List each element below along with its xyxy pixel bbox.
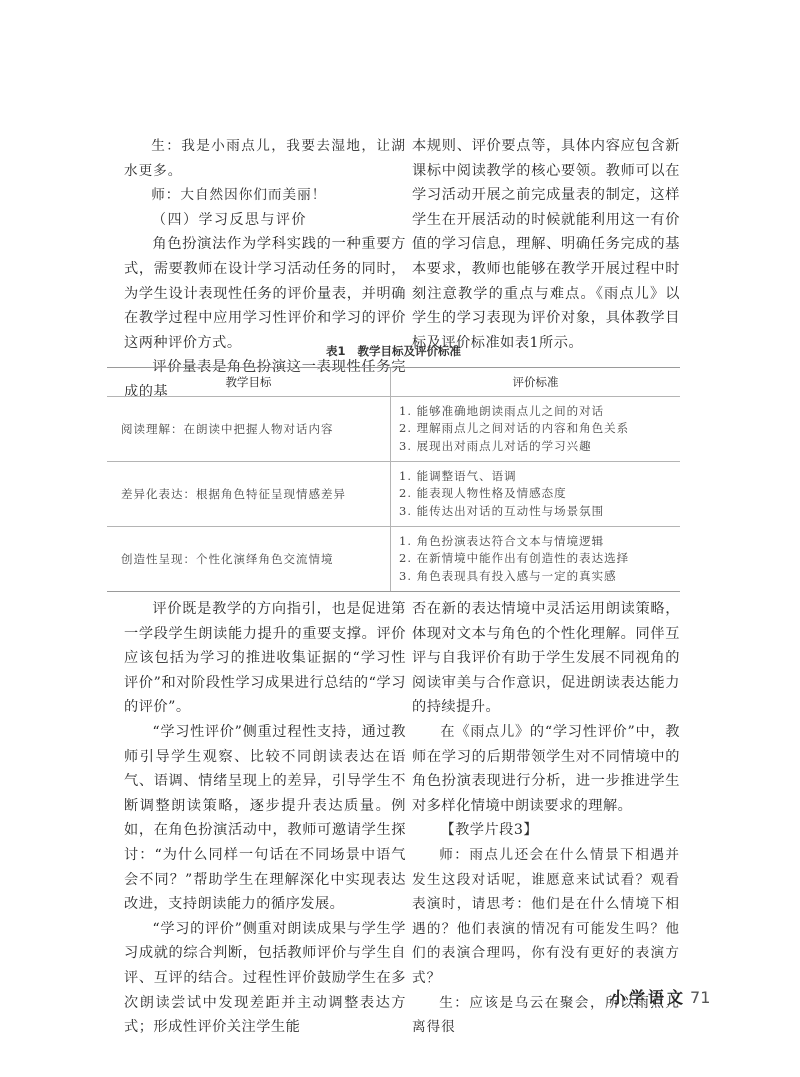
criteria-cell: 1. 角色扮演表达符合文本与情境逻辑 2. 在新情境中能作出有创造性的表达选择 … bbox=[391, 527, 681, 592]
table-number: 表1 bbox=[326, 344, 346, 358]
table-row: 阅读理解：在朗读中把握人物对话内容 1. 能够准确地朗读雨点儿之间的对话 2. … bbox=[107, 397, 680, 462]
paragraph: “学习性评价”侧重过程性支持，通过教师引导学生观察、比较不同朗读表达在语气、语调… bbox=[124, 720, 406, 917]
criterion-item: 2. 在新情境中能作出有创造性的表达选择 bbox=[399, 550, 679, 568]
criterion-item: 1. 能够准确地朗读雨点儿之间的对话 bbox=[399, 403, 679, 421]
paragraph: 角色扮演法作为学科实践的一种重要方式，需要教师在设计学习活动任务的同时，为学生设… bbox=[124, 232, 406, 355]
goal-cell: 创造性呈现：个性化演绎角色交流情境 bbox=[107, 527, 391, 592]
table-row: 差异化表达：根据角色特征呈现情感差异 1. 能调整语气、语调 2. 能表现人物性… bbox=[107, 462, 680, 527]
left-column-top: 生：我是小雨点儿，我要去湿地，让湖水更多。 师：大自然因你们而美丽！ （四）学习… bbox=[124, 134, 406, 405]
page-number: 71 bbox=[690, 988, 710, 1007]
dialog-teacher-line: 师：雨点儿还会在什么情景下相遇并发生这段对话呢，谁愿意来试试看？观看表演时，请思… bbox=[412, 843, 680, 991]
paragraph: 在《雨点儿》的“学习性评价”中，教师在学习的后期带领学生对不同情境中的角色扮演表… bbox=[412, 720, 680, 818]
criterion-item: 1. 角色扮演表达符合文本与情境逻辑 bbox=[399, 533, 679, 551]
criterion-item: 1. 能调整语气、语调 bbox=[399, 468, 679, 486]
criterion-item: 3. 能传达出对话的互动性与场景氛围 bbox=[399, 503, 679, 521]
paragraph: “学习的评价”侧重对朗读成果与学生学习成就的综合判断，包括教师评价与学生自评、互… bbox=[124, 917, 406, 1040]
table-header-row: 教学目标 评价标准 bbox=[107, 368, 680, 397]
section-heading: （四）学习反思与评价 bbox=[124, 208, 406, 233]
segment-label: 【教学片段3】 bbox=[412, 818, 680, 843]
column-header-goal: 教学目标 bbox=[107, 368, 391, 397]
column-header-criteria: 评价标准 bbox=[391, 368, 681, 397]
table-caption: 表1教学目标及评价标准 bbox=[107, 343, 680, 359]
dialog-student-line: 生：我是小雨点儿，我要去湿地，让湖水更多。 bbox=[124, 134, 406, 183]
criterion-item: 3. 角色表现具有投入感与一定的真实感 bbox=[399, 568, 679, 586]
page-footer: 小学语文71 bbox=[610, 985, 710, 1008]
criteria-cell: 1. 能够准确地朗读雨点儿之间的对话 2. 理解雨点儿之间对话的内容和角色关系 … bbox=[391, 397, 681, 462]
criterion-item: 2. 能表现人物性格及情感态度 bbox=[399, 485, 679, 503]
table-row: 创造性呈现：个性化演绎角色交流情境 1. 角色扮演表达符合文本与情境逻辑 2. … bbox=[107, 527, 680, 592]
criterion-item: 3. 展现出对雨点儿对话的学习兴趣 bbox=[399, 438, 679, 456]
goal-cell: 差异化表达：根据角色特征呈现情感差异 bbox=[107, 462, 391, 527]
criteria-cell: 1. 能调整语气、语调 2. 能表现人物性格及情感态度 3. 能传达出对话的互动… bbox=[391, 462, 681, 527]
left-column-bottom: 评价既是教学的方向指引，也是促进第一学段学生朗读能力提升的重要支撑。评价应该包括… bbox=[124, 597, 406, 1040]
right-column-top: 本规则、评价要点等，具体内容应包含新课标中阅读教学的核心要领。教师可以在学习活动… bbox=[412, 134, 680, 355]
paragraph: 本规则、评价要点等，具体内容应包含新课标中阅读教学的核心要领。教师可以在学习活动… bbox=[412, 134, 680, 355]
journal-name: 小学语文 bbox=[610, 988, 686, 1007]
right-column-bottom: 否在新的表达情境中灵活运用朗读策略，体现对文本与角色的个性化理解。同伴互评与自我… bbox=[412, 597, 680, 1040]
goal-cell: 阅读理解：在朗读中把握人物对话内容 bbox=[107, 397, 391, 462]
evaluation-table: 教学目标 评价标准 阅读理解：在朗读中把握人物对话内容 1. 能够准确地朗读雨点… bbox=[107, 367, 680, 592]
paragraph: 否在新的表达情境中灵活运用朗读策略，体现对文本与角色的个性化理解。同伴互评与自我… bbox=[412, 597, 680, 720]
dialog-teacher-line: 师：大自然因你们而美丽！ bbox=[124, 183, 406, 208]
paragraph: 评价既是教学的方向指引，也是促进第一学段学生朗读能力提升的重要支撑。评价应该包括… bbox=[124, 597, 406, 720]
criterion-item: 2. 理解雨点儿之间对话的内容和角色关系 bbox=[399, 420, 679, 438]
table-title: 教学目标及评价标准 bbox=[358, 344, 462, 358]
